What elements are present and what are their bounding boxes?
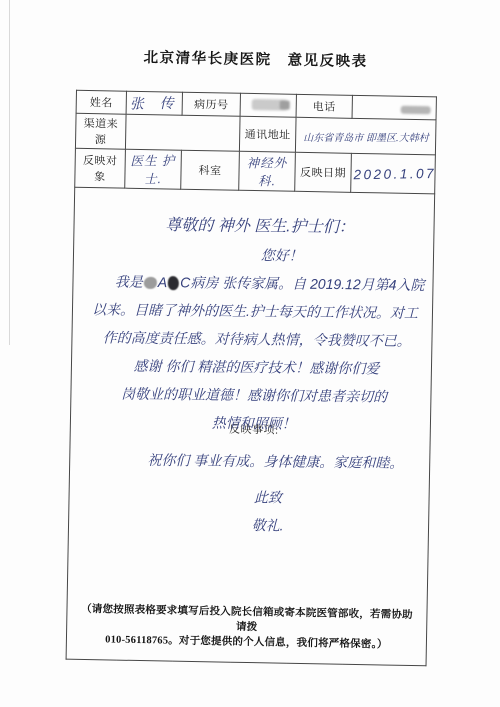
handwriting-text: 作的高度责任感。对待病人热情，令我赞叹不已。 [103,329,411,348]
channel-label: 渠道来源 [75,113,126,149]
phone-label: 电话 [296,94,352,118]
phone-value-cell [352,95,436,120]
essay-line: 作的高度责任感。对待病人热情，令我赞叹不已。 [90,323,423,355]
feedback-form-table: 姓名 张 传 病历号 电话 渠道来源 通讯地址 山东省青岛市 即墨区.大韩村 反… [66,90,437,667]
essay-line: 岗敬业的职业道德！感谢你们对患者亲切的 [85,379,422,411]
target-label: 反映对象 [75,148,126,188]
essay-line: 祝你们 事业有成。身体健康。家庭和睦。 [129,446,422,477]
channel-value-cell [125,114,240,151]
handwriting-text: A [158,274,168,290]
essay-line: 热情和照顾！ [85,407,422,439]
address-label: 通讯地址 [239,116,296,152]
date-handwriting: 2020.1.07 [353,165,436,181]
target-value-cell: 医生 护士. [125,149,182,189]
scanned-page: 北京清华长庚医院 意见反映表 姓名 张 传 病历号 电话 渠道来源 通讯地址 山… [0,0,500,707]
redaction-blob [144,277,157,289]
handwriting-text: 热情和照顾！ [212,415,296,432]
date-value-cell: 2020.1.07 [351,153,436,194]
handwriting-text: 您好！ [261,247,303,263]
essay-line: 您好！ [139,240,424,271]
essay-lines: 尊敬的 神外 医生.护士们：您好！我是AC病房 张传家属。自 2019.12月第… [82,211,425,541]
name-handwriting: 张 传 [129,93,179,114]
handwriting-text: C病房 张传家属。自 2019.12月第4入院 [180,274,424,293]
handwriting-text: 此致 [254,489,282,505]
handwriting-text: 敬礼. [252,517,284,533]
handwriting-text: 感谢 你们 精湛的医疗技术！感谢你们爱 [133,358,379,377]
name-label: 姓名 [76,90,126,114]
handwriting-text: 岗敬业的职业道德！感谢你们对患者亲切的 [121,386,387,405]
footer-note: （请您按照表格要求填写后投入院长信箱或寄本院医管部收，若需协助请拨 010-56… [76,602,418,653]
handwriting-text: 以来。目睹了神外的医生.护士每天的工作状况。对工 [92,301,418,321]
address-value-cell: 山东省青岛市 即墨区.大韩村 [295,117,436,155]
target-handwriting: 医生 护士. [127,151,178,187]
address-handwriting: 山东省青岛市 即墨区.大韩村 [303,129,429,144]
essay-line: 感谢 你们 精湛的医疗技术！感谢你们爱 [90,351,423,383]
date-label: 反映日期 [295,152,352,192]
row-target: 反映对象 医生 护士. 科室 神经外科. 反映日期 2020.1.07 [75,148,436,194]
essay-line: 此致 [114,481,421,512]
handwriting-text: 尊敬的 神外 医生.护士们： [165,217,355,236]
row-essay: 反映事项: 尊敬的 神外 医生.护士们：您好！我是AC病房 张传家属。自 201… [66,187,435,666]
essay-line: 尊敬的 神外 医生.护士们： [95,211,424,243]
essay-line: 以来。目睹了神外的医生.护士每天的工作状况。对工 [86,295,423,327]
redaction-mark-phone [401,106,431,115]
essay-line: 敬礼. [114,509,421,540]
essay-cell: 反映事项: 尊敬的 神外 医生.护士们：您好！我是AC病房 张传家属。自 201… [66,187,435,666]
department-value-cell: 神经外科. [239,151,296,191]
redaction-blob [168,276,179,290]
department-label: 科室 [181,150,240,190]
redaction-mark-record [252,99,288,111]
name-value-cell: 张 传 [126,91,182,115]
record-number-value-cell [240,93,296,117]
essay-line: 我是AC病房 张传家属。自 2019.12月第4入院 [115,267,424,299]
handwriting-text: 我是 [115,273,143,289]
handwriting-text: 祝你们 事业有成。身体健康。家庭和睦。 [147,452,403,471]
department-handwriting: 神经外科. [241,153,292,189]
form-title: 北京清华长庚医院 意见反映表 [5,43,500,73]
sheet: 北京清华长庚医院 意见反映表 姓名 张 传 病历号 电话 渠道来源 通讯地址 山… [0,0,500,707]
record-number-label: 病历号 [182,92,240,116]
